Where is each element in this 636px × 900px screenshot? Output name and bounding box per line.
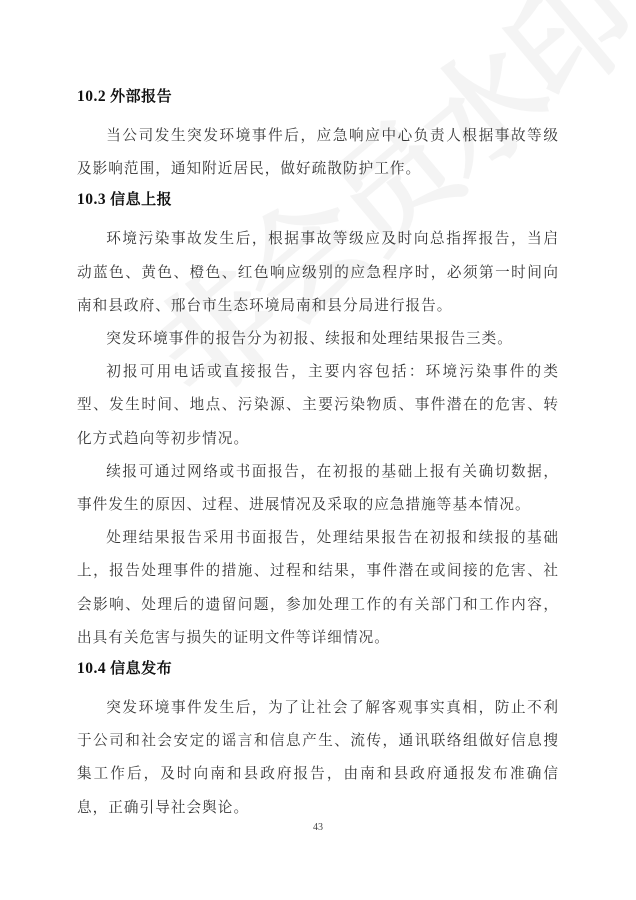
section-title: 信息上报 [110,190,172,208]
section-title: 信息发布 [110,659,172,677]
paragraph: 处理结果报告采用书面报告，处理结果报告在初报和续报的基础上，报告处理事件的措施、… [77,521,559,654]
section-info-reporting: 10.3信息上报 环境污染事故发生后，根据事故等级应及时向总指挥报告，当启动蓝色… [77,189,559,654]
section-heading: 10.2外部报告 [77,86,559,119]
section-heading: 10.3信息上报 [77,189,559,222]
paragraph: 初报可用电话或直接报告，主要内容包括：环境污染事件的类型、发生时间、地点、污染源… [77,355,559,455]
paragraph: 突发环境事件的报告分为初报、续报和处理结果报告三类。 [77,322,559,355]
section-heading: 10.4信息发布 [77,658,559,691]
paragraph: 突发环境事件发生后，为了让社会了解客观事实真相，防止不利于公司和社会安定的谣言和… [77,691,559,824]
paragraph: 环境污染事故发生后，根据事故等级应及时向总指挥报告，当启动蓝色、黄色、橙色、红色… [77,222,559,322]
page-number: 43 [0,822,636,833]
paragraph: 续报可通过网络或书面报告，在初报的基础上报有关确切数据，事件发生的原因、过程、进… [77,455,559,521]
section-number: 10.2 [77,88,106,105]
section-number: 10.3 [77,191,106,208]
paragraph: 当公司发生突发环境事件后，应急响应中心负责人根据事故等级及影响范围，通知附近居民… [77,119,559,185]
section-external-report: 10.2外部报告 当公司发生突发环境事件后，应急响应中心负责人根据事故等级及影响… [77,86,559,185]
document-page: 10.2外部报告 当公司发生突发环境事件后，应急响应中心负责人根据事故等级及影响… [77,86,559,824]
section-info-release: 10.4信息发布 突发环境事件发生后，为了让社会了解客观事实真相，防止不利于公司… [77,658,559,824]
section-number: 10.4 [77,660,106,677]
section-title: 外部报告 [110,87,172,105]
